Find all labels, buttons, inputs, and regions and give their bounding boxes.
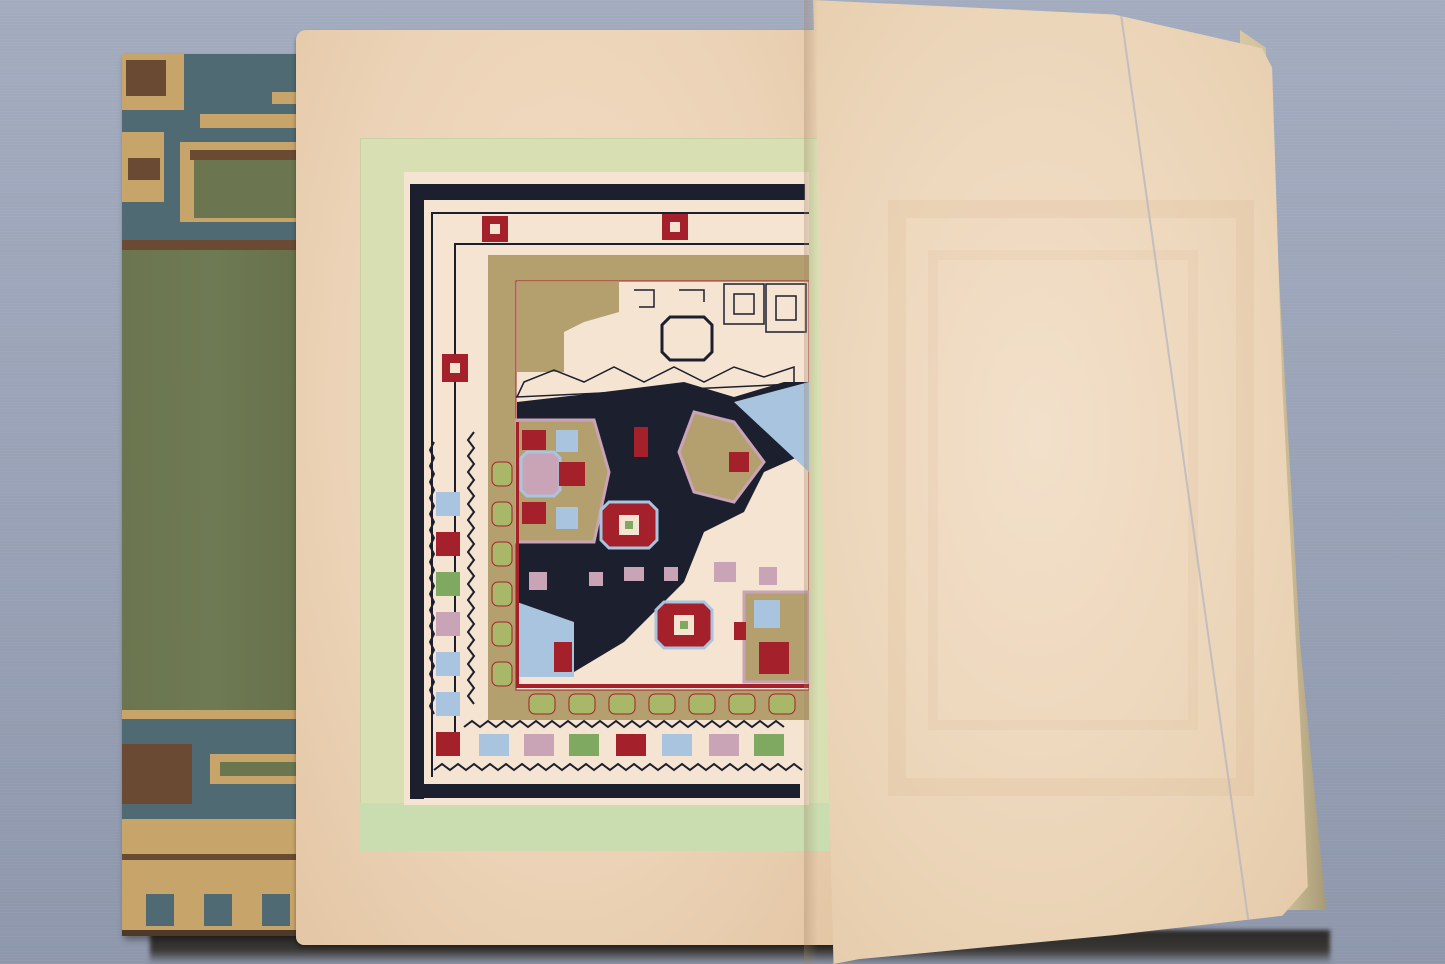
carpet-illustration — [404, 172, 809, 805]
cover-motif — [204, 894, 232, 926]
cover-motif — [262, 894, 290, 926]
cover-green-field — [122, 250, 304, 710]
show-through-pattern-inner — [928, 250, 1198, 730]
cover-motif — [122, 854, 304, 860]
cover-motif — [200, 114, 304, 128]
book-cover — [122, 54, 304, 936]
cover-motif — [122, 744, 192, 804]
mount-lower-tint — [360, 803, 830, 851]
cover-motif — [126, 60, 166, 96]
cover-motif — [128, 158, 160, 180]
cover-motif — [190, 150, 304, 160]
cover-motif — [146, 894, 174, 926]
cover-motif — [220, 762, 298, 776]
cover-motif — [194, 160, 304, 218]
cover-motif — [122, 930, 304, 936]
carpet-plate — [404, 172, 809, 805]
cover-motif — [122, 240, 304, 250]
book-gutter — [804, 0, 818, 964]
right-page — [808, 0, 1318, 964]
